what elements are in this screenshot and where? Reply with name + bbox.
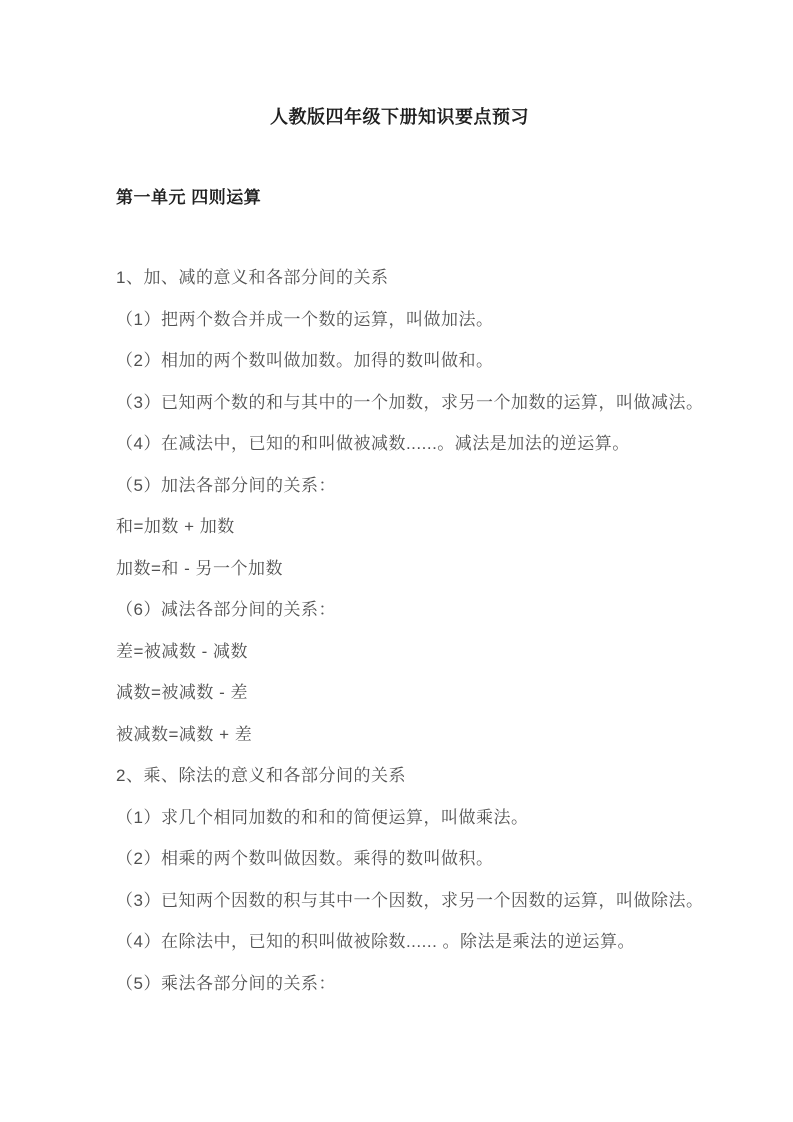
document-content-area: 人教版四年级下册知识要点预习 第一单元 四则运算 1、加、减的意义和各部分间的关… bbox=[0, 107, 793, 993]
text-line-subitem: （2）相加的两个数叫做加数。加得的数叫做和。 bbox=[116, 352, 683, 370]
text-line-subitem: （1）把两个数合并成一个数的运算，叫做加法。 bbox=[116, 311, 683, 329]
text-line-subitem: （4）在除法中，已知的积叫做被除数...... 。除法是乘法的逆运算。 bbox=[116, 933, 683, 951]
document-page: 人教版四年级下册知识要点预习 第一单元 四则运算 1、加、减的意义和各部分间的关… bbox=[0, 0, 793, 1122]
text-line-formula: 和=加数 + 加数 bbox=[116, 518, 683, 536]
text-line-formula: 加数=和 - 另一个加数 bbox=[116, 560, 683, 578]
text-line-subitem: （5）乘法各部分间的关系： bbox=[116, 975, 683, 993]
text-line-subitem: （3）已知两个数的和与其中的一个加数，求另一个加数的运算，叫做减法。 bbox=[116, 394, 683, 412]
text-line-formula: 减数=被减数 - 差 bbox=[116, 684, 683, 702]
text-line-subitem: （3）已知两个因数的积与其中一个因数，求另一个因数的运算，叫做除法。 bbox=[116, 892, 683, 910]
text-line-formula: 差=被减数 - 减数 bbox=[116, 643, 683, 661]
section-heading-unit-1: 第一单元 四则运算 bbox=[116, 189, 683, 207]
document-body: 1、加、减的意义和各部分间的关系 （1）把两个数合并成一个数的运算，叫做加法。 … bbox=[116, 269, 683, 993]
text-line-subitem: （2）相乘的两个数叫做因数。乘得的数叫做积。 bbox=[116, 850, 683, 868]
document-title: 人教版四年级下册知识要点预习 bbox=[116, 107, 683, 127]
text-line-subitem: （1）求几个相同加数的和和的简便运算，叫做乘法。 bbox=[116, 809, 683, 827]
text-line-formula: 被减数=减数 + 差 bbox=[116, 726, 683, 744]
text-line-subitem: （4）在减法中，已知的和叫做被减数......。减法是加法的逆运算。 bbox=[116, 435, 683, 453]
text-line-subitem: （6）减法各部分间的关系： bbox=[116, 601, 683, 619]
text-line-subitem: （5）加法各部分间的关系： bbox=[116, 477, 683, 495]
text-line-numbered-item: 2、乘、除法的意义和各部分间的关系 bbox=[116, 767, 683, 785]
text-line-numbered-item: 1、加、减的意义和各部分间的关系 bbox=[116, 269, 683, 287]
